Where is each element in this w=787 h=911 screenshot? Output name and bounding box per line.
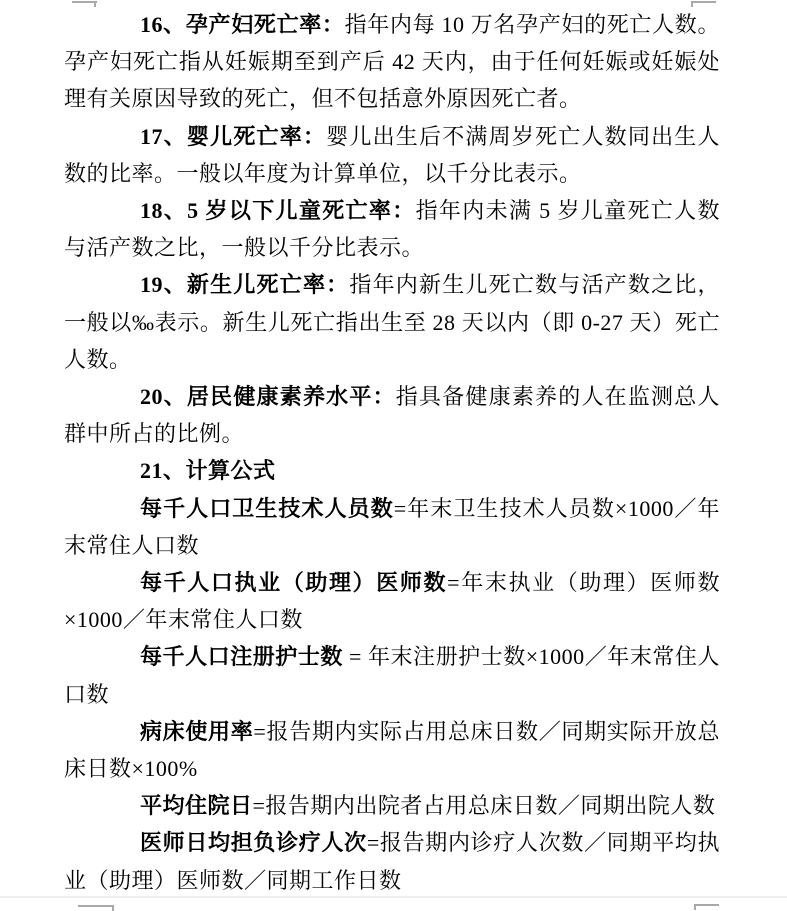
formula-daily-visits-per-physician: 医师日均担负诊疗人次=报告期内诊疗人次数／同期平均执业（助理）医师数／同期工作日… bbox=[64, 824, 720, 898]
formula-term: 每千人口注册护士数 bbox=[140, 644, 343, 669]
paragraph-infant-mortality: 17、婴儿死亡率：婴儿出生后不满周岁死亡人数同出生人数的比率。一般以年度为计算单… bbox=[64, 118, 720, 192]
formula-physicians-per-1000: 每千人口执业（助理）医师数=年末执业（助理）医师数×1000／年末常住人口数 bbox=[64, 564, 720, 638]
paragraph-under5-mortality: 18、5 岁以下儿童死亡率：指年内未满 5 岁儿童死亡人数与活产数之比，一般以千… bbox=[64, 192, 720, 266]
paragraph-health-literacy: 20、居民健康素养水平：指具备健康素养的人在监测总人群中所占的比例。 bbox=[64, 378, 720, 452]
formula-term: 平均住院日 bbox=[140, 793, 253, 818]
formula-expression: =报告期内出院者占用总床日数／同期出院人数 bbox=[253, 793, 716, 818]
paragraph-heading: 20、居民健康素养水平： bbox=[140, 384, 396, 409]
paragraph-heading: 18、5 岁以下儿童死亡率： bbox=[140, 198, 416, 223]
paragraph-heading: 19、新生儿死亡率： bbox=[140, 272, 349, 297]
paragraph-heading: 17、婴儿死亡率： bbox=[140, 124, 326, 149]
page-bottom-edge bbox=[0, 896, 787, 898]
paragraph-maternal-mortality: 16、孕产妇死亡率：指年内每 10 万名孕产妇的死亡人数。孕产妇死亡指从妊娠期至… bbox=[64, 6, 720, 118]
formula-term: 每千人口卫生技术人员数 bbox=[140, 496, 394, 521]
formula-term: 医师日均担负诊疗人次 bbox=[140, 830, 367, 855]
formula-bed-occupancy-rate: 病床使用率=报告期内实际占用总床日数／同期实际开放总床日数×100% bbox=[64, 713, 720, 787]
paragraph-formula-section-title: 21、计算公式 bbox=[64, 452, 720, 489]
formula-average-stay: 平均住院日=报告期内出院者占用总床日数／同期出院人数 bbox=[64, 787, 720, 824]
paragraph-heading: 16、孕产妇死亡率： bbox=[140, 12, 345, 37]
document-body: 16、孕产妇死亡率：指年内每 10 万名孕产妇的死亡人数。孕产妇死亡指从妊娠期至… bbox=[64, 6, 720, 899]
formula-term: 病床使用率 bbox=[140, 719, 253, 744]
paragraph-neonatal-mortality: 19、新生儿死亡率：指年内新生儿死亡数与活产数之比，一般以‰表示。新生儿死亡指出… bbox=[64, 266, 720, 378]
formula-health-workers-per-1000: 每千人口卫生技术人员数=年末卫生技术人员数×1000／年末常住人口数 bbox=[64, 490, 720, 564]
paragraph-heading: 21、计算公式 bbox=[140, 458, 276, 483]
formula-nurses-per-1000: 每千人口注册护士数 = 年末注册护士数×1000／年末常住人口数 bbox=[64, 638, 720, 712]
formula-term: 每千人口执业（助理）医师数 bbox=[140, 570, 447, 595]
